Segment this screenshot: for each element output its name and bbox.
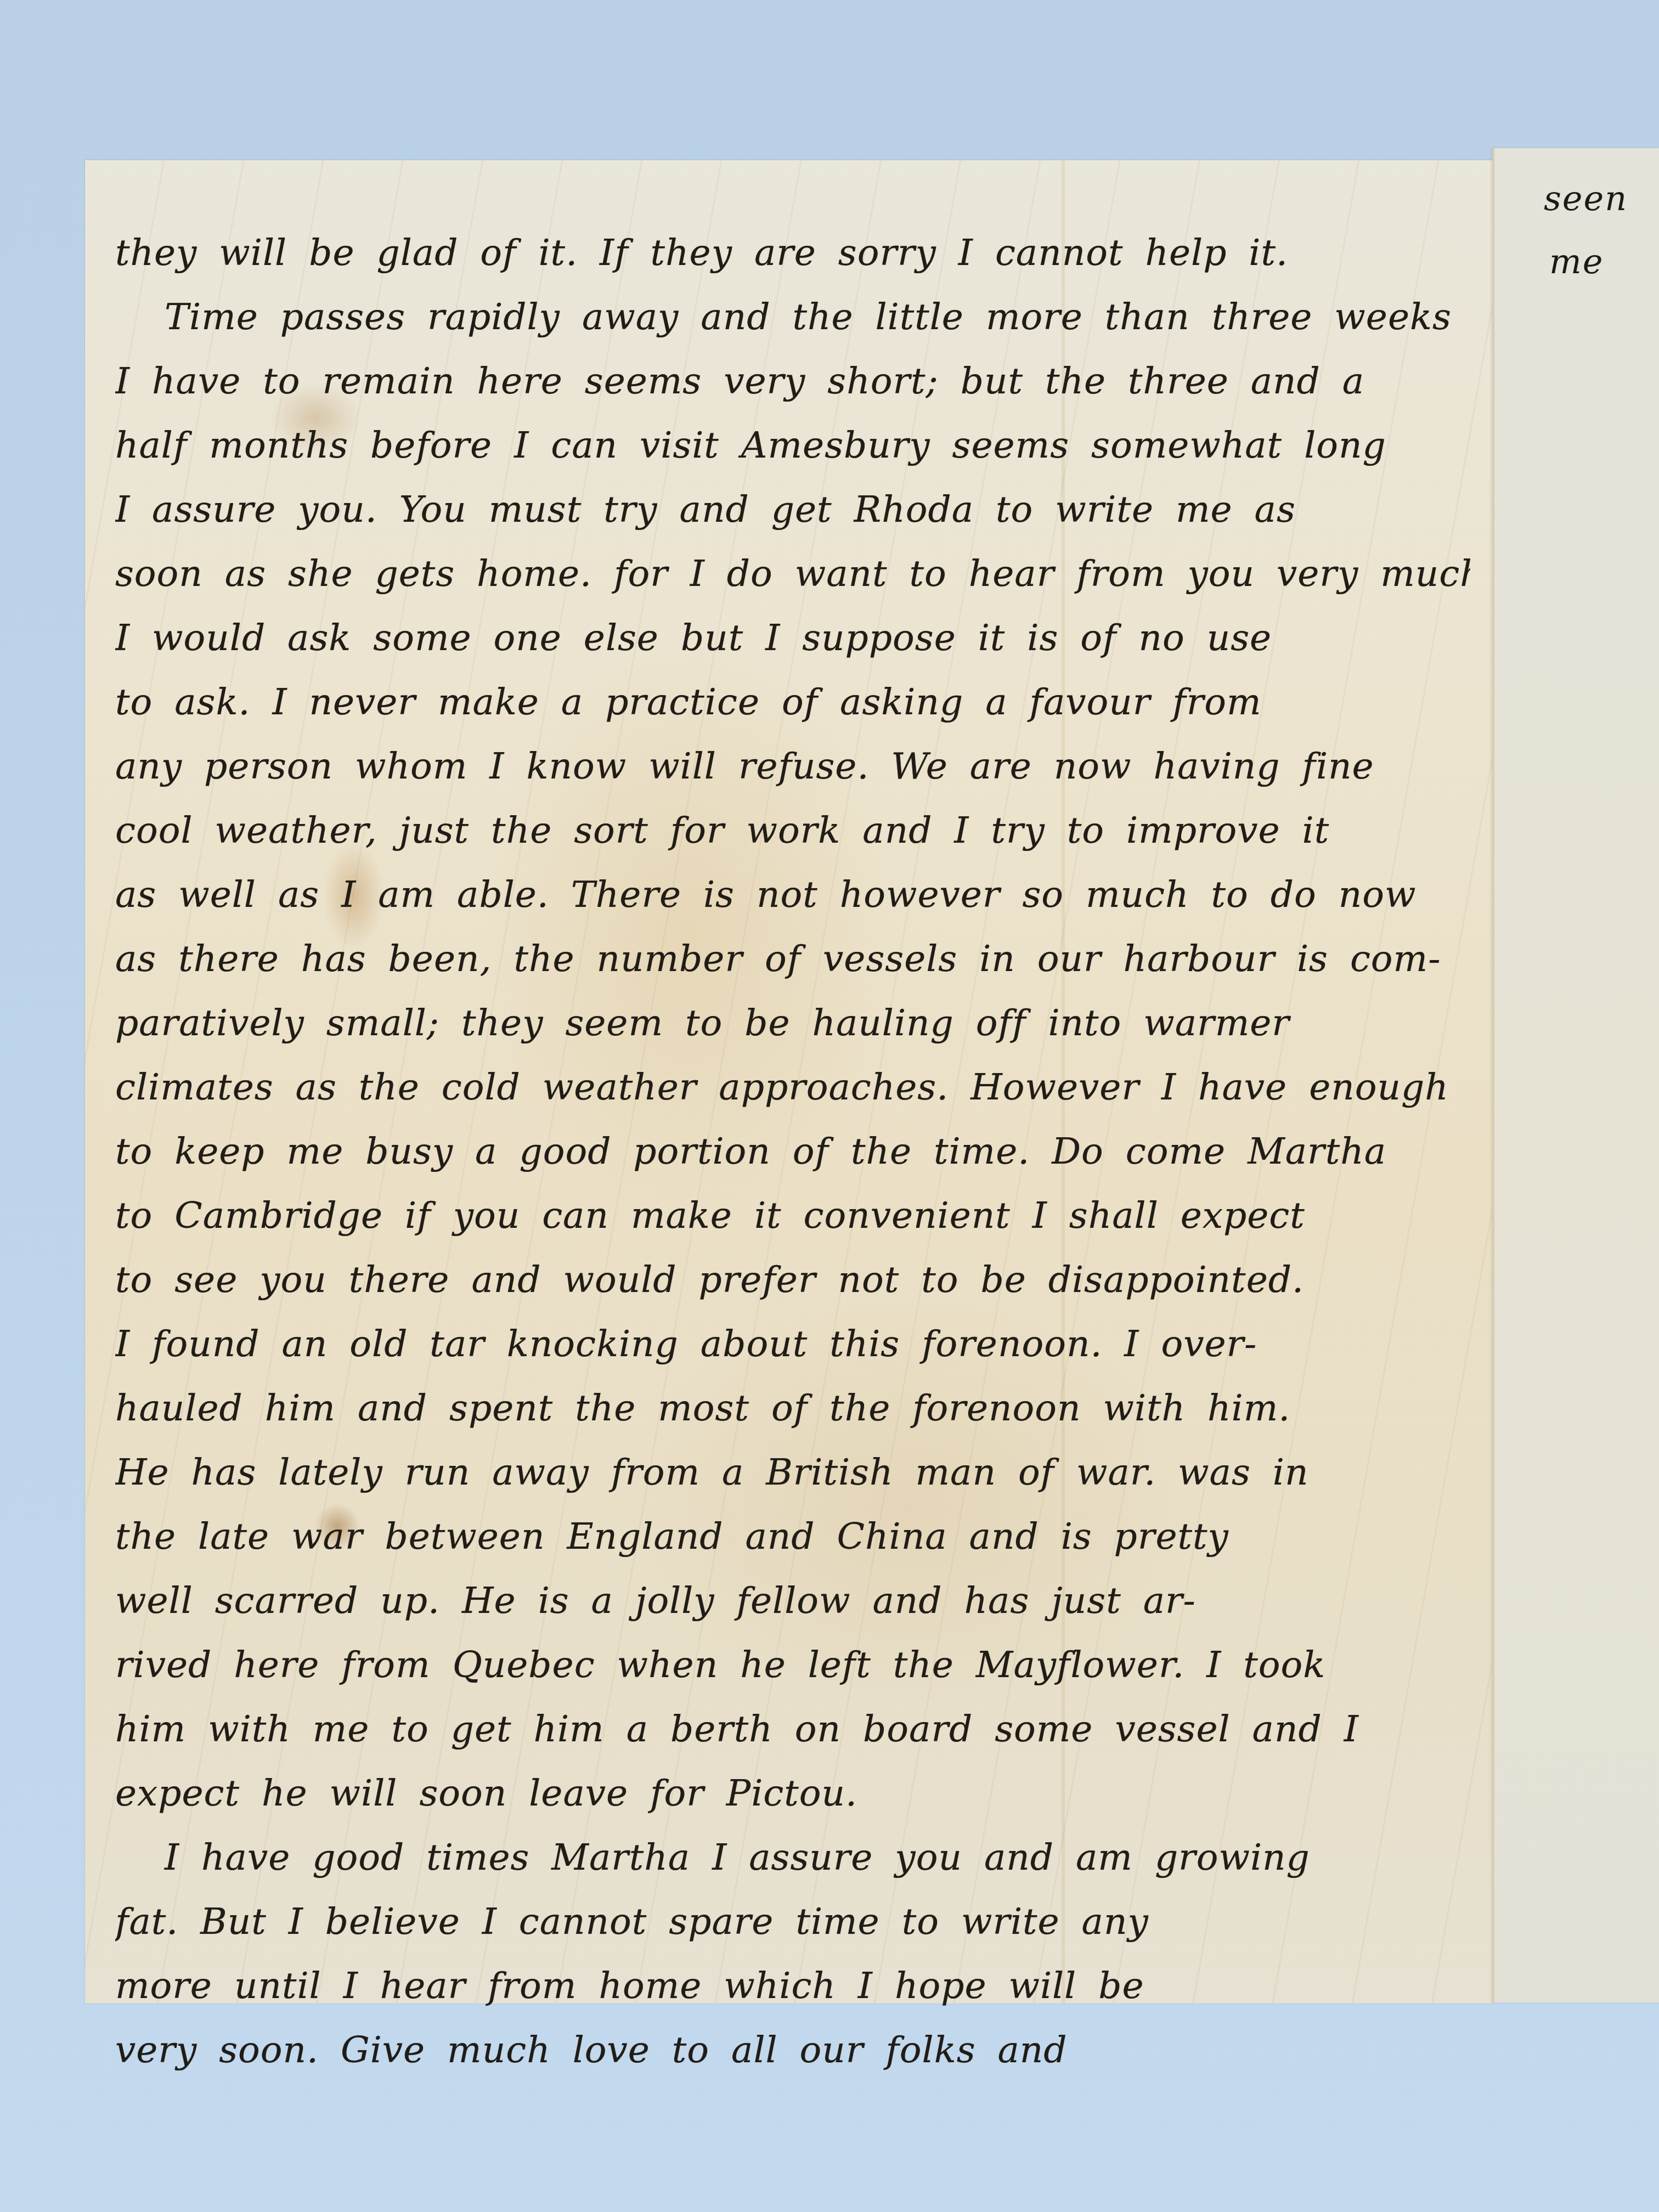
letter-line: they will be glad of it. If they are sor… [115,221,1470,285]
letter-line: to Cambridge if you can make it convenie… [115,1183,1470,1248]
letter-line: very soon. Give much love to all our fol… [115,2018,1470,2082]
letter-line: to keep me busy a good portion of the ti… [115,1119,1470,1183]
letter-line: I would ask some one else but I suppose … [115,606,1470,670]
letter-line: as well as I am able. There is not howev… [115,862,1470,927]
letter-line: I have to remain here seems very short; … [115,349,1470,413]
letter-line: fat. But I believe I cannot spare time t… [115,1889,1470,1954]
letter-line: the late war between England and China a… [115,1504,1470,1568]
letter-line: I assure you. You must try and get Rhoda… [115,477,1470,541]
letter-line: soon as she gets home. for I do want to … [115,541,1470,606]
letter-line: cool weather, just the sort for work and… [115,798,1470,862]
letter-line: He has lately run away from a British ma… [115,1440,1470,1504]
letter-line: well scarred up. He is a jolly fellow an… [115,1568,1470,1633]
letter-line: I found an old tar knocking about this f… [115,1312,1470,1376]
letter-line: more until I hear from home which I hope… [115,1954,1470,2018]
flap-line-2: me [1549,241,1604,281]
letter-line: half months before I can visit Amesbury … [115,413,1470,477]
letter-line: to see you there and would prefer not to… [115,1248,1470,1312]
letter-line: any person whom I know will refuse. We a… [115,734,1470,798]
flap-line-1: seen [1544,178,1628,218]
letter-line: expect he will soon leave for Pictou. [115,1761,1470,1825]
letter-line: climates as the cold weather approaches.… [115,1055,1470,1119]
letter-fold-flap: seen me [1492,148,1659,2002]
letter-line: Time passes rapidly away and the little … [115,285,1470,349]
letter-line: rived here from Quebec when he left the … [115,1633,1470,1697]
letter-line: paratively small; they seem to be haulin… [115,991,1470,1055]
letter-line: I have good times Martha I assure you an… [115,1825,1470,1889]
letter-line: to ask. I never make a practice of askin… [115,670,1470,734]
letter-line: hauled him and spent the most of the for… [115,1376,1470,1440]
letter-line: him with me to get him a berth on board … [115,1697,1470,1761]
letter-line: as there has been, the number of vessels… [115,927,1470,991]
letter-page: they will be glad of it. If they are sor… [85,160,1492,2004]
letter-body: they will be glad of it. If they are sor… [115,221,1470,2082]
